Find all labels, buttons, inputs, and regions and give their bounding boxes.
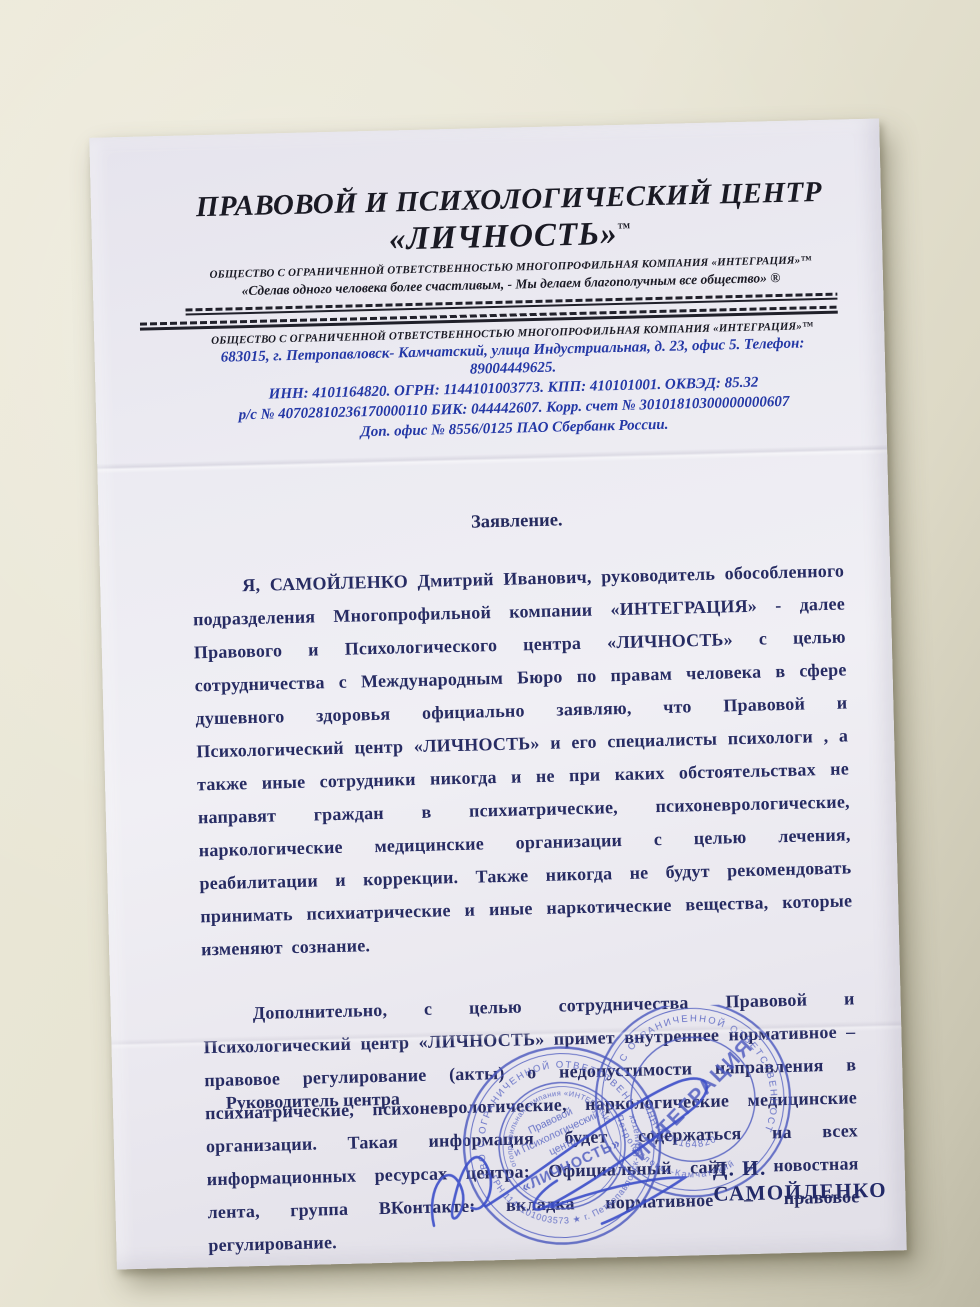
requisites-block: ОБЩЕСТВО С ОГРАНИЧЕННОЙ ОТВЕТСТВЕННОСТЬЮ… <box>186 320 840 446</box>
paper-fold-crease <box>97 444 887 473</box>
signer-role: Руководитель центра <box>226 1089 400 1114</box>
handwritten-signature <box>429 1078 710 1228</box>
photo-background: ПРАВОВОЙ И ПСИХОЛОГИЧЕСКИЙ ЦЕНТР «ЛИЧНОС… <box>0 0 980 1307</box>
stamp-and-signature-area: ОБЩЕСТВО С ОГРАНИЧЕННОЙ ОТВЕТСТВЕННОСТЬЮ… <box>419 1001 871 1264</box>
trademark-symbol: ™ <box>617 220 630 235</box>
paragraph-1: Я, САМОЙЛЕНКО Дмитрий Иванович, руководи… <box>192 555 853 967</box>
org-name: «ЛИЧНОСТЬ» <box>389 216 618 258</box>
document-page: ПРАВОВОЙ И ПСИХОЛОГИЧЕСКИЙ ЦЕНТР «ЛИЧНОС… <box>89 119 906 1270</box>
document-title: Заявление. <box>191 504 843 541</box>
signer-name: Д. И. САМОЙЛЕНКО <box>712 1152 905 1207</box>
document-content: ПРАВОВОЙ И ПСИХОЛОГИЧЕСКИЙ ЦЕНТР «ЛИЧНОС… <box>89 119 906 1270</box>
letterhead: ПРАВОВОЙ И ПСИХОЛОГИЧЕСКИЙ ЦЕНТР «ЛИЧНОС… <box>183 176 837 301</box>
